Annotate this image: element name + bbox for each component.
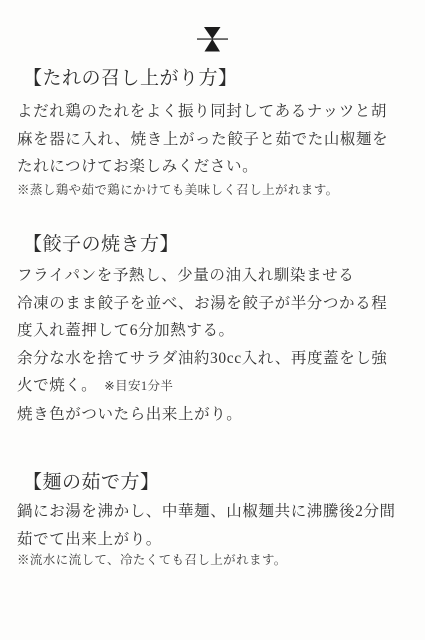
- section-sauce-heading: 【たれの召し上がり方】: [0, 66, 425, 92]
- section-gyoza-heading: 【餃子の焼き方】: [0, 232, 425, 258]
- section-gyoza: 【餃子の焼き方】 フライパンを予熱し、少量の油入れ馴染ませる 冷凍のまま餃子を並…: [0, 232, 425, 428]
- section-sauce-body: よだれ鶏のたれをよく振り同封してあるナッツと胡 麻を器に入れ、焼き上がった餃子と…: [0, 98, 425, 181]
- instruction-line: 余分な水を捨てサラダ油約30cc入れ、再度蓋をし強: [17, 345, 411, 373]
- instruction-line: 火で焼く。: [17, 377, 97, 394]
- instruction-line: よだれ鶏のたれをよく振り同封してあるナッツと胡: [17, 98, 411, 126]
- instruction-line: たれにつけてお楽しみください。: [17, 153, 411, 181]
- instruction-line: 麻を器に入れ、焼き上がった餃子と茹でた山椒麺を: [17, 126, 411, 154]
- inline-footnote: ※目安1分半: [104, 379, 173, 393]
- instruction-line: 冷凍のまま餃子を並べ、お湯を餃子が半分つかる程: [17, 290, 411, 318]
- instruction-line: フライパンを予熱し、少量の油入れ馴染ませる: [17, 262, 411, 290]
- section-gyoza-body: フライパンを予熱し、少量の油入れ馴染ませる 冷凍のまま餃子を並べ、お湯を餃子が半…: [0, 262, 425, 428]
- section-noodles-body: 鍋にお湯を沸かし、中華麺、山椒麺共に沸騰後2分間 茹でて出来上がり。: [0, 498, 425, 553]
- instruction-line-with-note: 火で焼く。※目安1分半: [17, 372, 411, 401]
- instruction-sheet: 【たれの召し上がり方】 よだれ鶏のたれをよく振り同封してあるナッツと胡 麻を器に…: [0, 0, 425, 640]
- section-noodles-heading: 【麺の茹で方】: [0, 470, 425, 496]
- section-sauce-footnote: ※蒸し鶏や茹で鶏にかけても美味しく召し上がれます。: [0, 181, 425, 199]
- divider-mark: [0, 27, 425, 52]
- section-noodles-footnote: ※流水に流して、冷たくても召し上がれます。: [0, 551, 425, 569]
- section-sauce: 【たれの召し上がり方】 よだれ鶏のたれをよく振り同封してあるナッツと胡 麻を器に…: [0, 66, 425, 199]
- instruction-line: 焼き色がついたら出来上がり。: [17, 401, 411, 429]
- instruction-line: 鍋にお湯を沸かし、中華麺、山椒麺共に沸騰後2分間: [17, 498, 411, 526]
- hourglass-icon: [197, 27, 228, 52]
- instruction-line: 茹でて出来上がり。: [17, 526, 411, 554]
- instruction-line: 度入れ蓋押して6分加熱する。: [17, 317, 411, 345]
- section-noodles: 【麺の茹で方】 鍋にお湯を沸かし、中華麺、山椒麺共に沸騰後2分間 茹でて出来上が…: [0, 470, 425, 569]
